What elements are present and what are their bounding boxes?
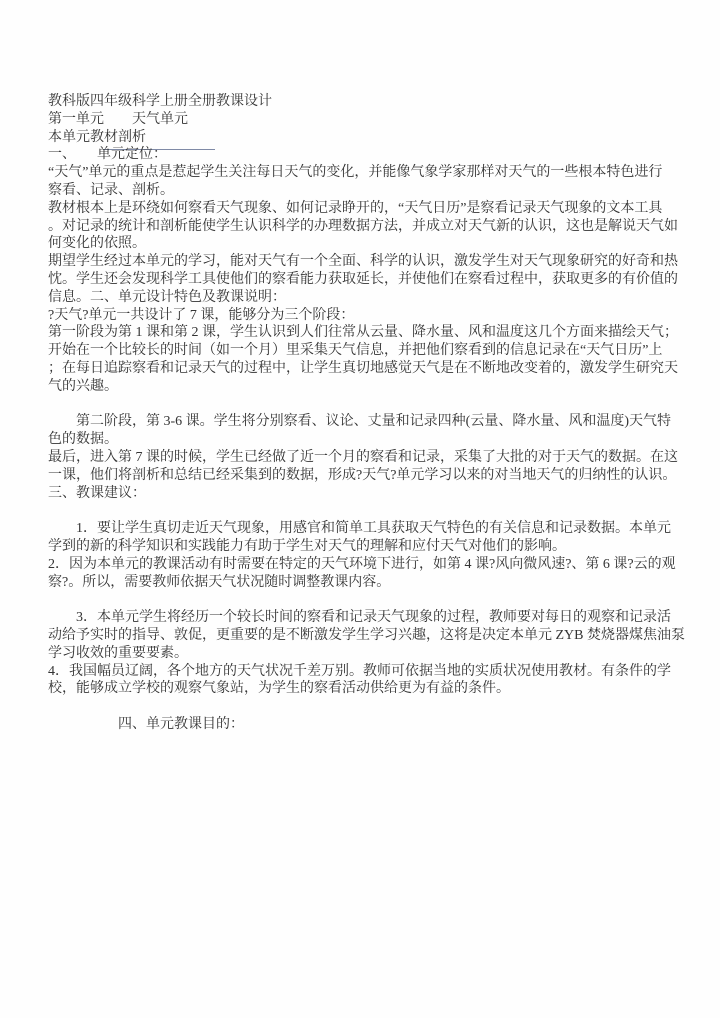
text-line: 4．我国幅员辽阔，各个地方的天气状况千差万别。教师可依据当地的实质状况使用教材。…	[48, 663, 688, 681]
text-line: 动给予实时的指导、敦促，更重要的是不断激发学生学习兴趣，这将是决定本单元 ZYB…	[48, 627, 688, 645]
text-line: 3．本单元学生将经历一个较长时间的察看和记录天气现象的过程，教师要对每日的观察和…	[48, 609, 688, 627]
text-line: 校，能够成立学校的观察气象站，为学生的察看活动供给更为有益的条件。	[48, 680, 688, 698]
unit-heading: 第一单元 天气单元	[48, 111, 688, 129]
blank-line	[48, 502, 688, 520]
text-line: 忱。学生还会发现科学工具使他们的察看能力获取延长，并使他们在察看过程中，获取更多…	[48, 271, 688, 289]
text-line: ?天气?单元一共设计了 7 课，能够分为三个阶段：	[48, 307, 688, 325]
list-heading-2: 信息。二、单元设计特色及教课说明：	[48, 289, 688, 307]
text-line: 第二阶段，第 3-6 课。学生将分别察看、议论、丈量和记录四种(云量、降水量、风…	[48, 413, 688, 431]
text-line: 教材根本上是环绕如何察看天气现象、如何记录睁开的，“天气日历”是察看记录天气现象…	[48, 200, 688, 218]
text-line: 色的数据。	[48, 431, 688, 449]
text-line: 学习收效的重要要素。	[48, 645, 688, 663]
text-line: 察?。所以，需要教师依据天气状况随时调整教课内容。	[48, 574, 688, 592]
text-line: 第一阶段为第 1 课和第 2 课，学生认识到人们往常从云量、降水量、风和温度这几…	[48, 324, 688, 342]
document-text-body: 教科版四年级科学上册全册教课设计 第一单元 天气单元 本单元教材剖析 一、 单元…	[48, 93, 688, 734]
text-line: “天气”单元的重点是惹起学生关注每日天气的变化，并能像气象学家那样对天气的一些根…	[48, 164, 688, 182]
blank-line	[48, 396, 688, 414]
blank-line	[48, 698, 688, 716]
text-line: ；在每日追踪察看和记录天气的过程中，让学生真切地感觉天气是在不断地改变着的，激发…	[48, 360, 688, 378]
text-line: 一课，他们将剖析和总结已经采集到的数据，形成?天气?单元学习以来的对当地天气的归…	[48, 467, 688, 485]
document-page: 教科版四年级科学上册全册教课设计 第一单元 天气单元 本单元教材剖析 一、 单元…	[0, 0, 720, 1018]
text-line: 学到的新的科学知识和实践能力有助于学生对天气的理解和应付天气对他们的影响。	[48, 538, 688, 556]
text-line: 。对记录的统计和剖析能使学生认识科学的办理数据方法，并成立对天气新的认识，这也是…	[48, 218, 688, 236]
text-line: 何变化的依照。	[48, 235, 688, 253]
text-line: 期望学生经过本单元的学习，能对天气有一个全面、科学的认识，激发学生对天气现象研究…	[48, 253, 688, 271]
list-heading-1: 一、 单元定位：	[48, 146, 688, 164]
text-line: 察看、记录、剖析。	[48, 182, 688, 200]
list-heading-3: 三、教课建议：	[48, 485, 688, 503]
text-line: 开始在一个比较长的时间（如一个月）里采集天气信息，并把他们察看到的信息记录在“天…	[48, 342, 688, 360]
blank-line	[48, 591, 688, 609]
text-line: 气的兴趣。	[48, 378, 688, 396]
section-heading: 本单元教材剖析	[48, 129, 688, 147]
text-line: 2．因为本单元的教课活动有时需要在特定的天气环境下进行，如第 4 课?风向微风速…	[48, 556, 688, 574]
text-line: 最后，进入第 7 课的时候，学生已经做了近一个月的察看和记录，采集了大批的对于天…	[48, 449, 688, 467]
text-line: 1．要让学生真切走近天气现象，用感官和简单工具获取天气特色的有关信息和记录数据。…	[48, 520, 688, 538]
doc-title: 教科版四年级科学上册全册教课设计	[48, 93, 688, 111]
list-heading-4: 四、单元教课目的：	[48, 716, 688, 734]
